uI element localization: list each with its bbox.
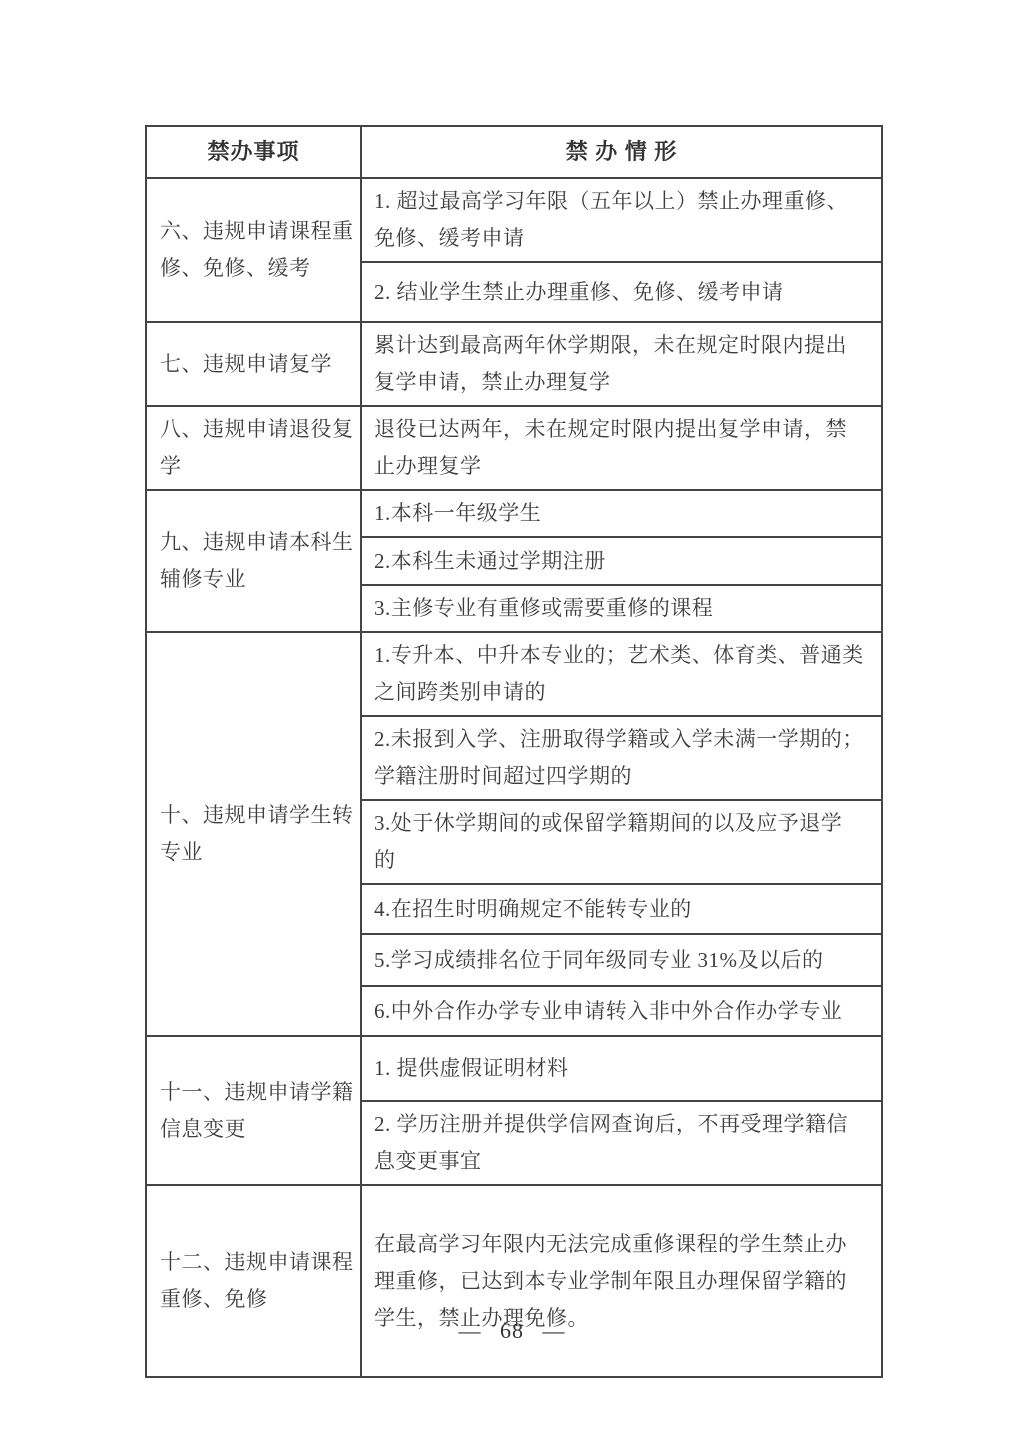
case-cell: 累计达到最高两年休学期限，未在规定时限内提出 复学申请，禁止办理复学 xyxy=(361,322,882,406)
item-cell: 六、违规申请课程重 修、免修、缓考 xyxy=(146,178,361,322)
case-cell: 3.主修专业有重修或需要重修的课程 xyxy=(361,585,882,632)
case-cell: 2. 学历注册并提供学信网查询后，不再受理学籍信 息变更事宜 xyxy=(361,1101,882,1185)
case-cell: 2. 结业学生禁止办理重修、免修、缓考申请 xyxy=(361,262,882,322)
case-cell: 退役已达两年，未在规定时限内提出复学申请，禁 止办理复学 xyxy=(361,406,882,490)
table-row: 十、违规申请学生转 专业 1.专升本、中升本专业的；艺术类、体育类、普通类 之间… xyxy=(146,632,882,716)
table-row: 六、违规申请课程重 修、免修、缓考 1. 超过最高学习年限（五年以上）禁止办理重… xyxy=(146,178,882,262)
case-cell: 2.本科生未通过学期注册 xyxy=(361,537,882,585)
item-cell: 十二、违规申请课程 重修、免修 xyxy=(146,1185,361,1377)
case-cell: 6.中外合作办学专业申请转入非中外合作办学专业 xyxy=(361,986,882,1036)
case-cell: 2.未报到入学、注册取得学籍或入学未满一学期的； 学籍注册时间超过四学期的 xyxy=(361,716,882,800)
table-header-row: 禁办事项 禁 办 情 形 xyxy=(146,126,882,178)
item-cell: 十一、违规申请学籍 信息变更 xyxy=(146,1036,361,1185)
item-cell: 七、违规申请复学 xyxy=(146,322,361,406)
column-header-case: 禁 办 情 形 xyxy=(361,126,882,178)
case-cell: 1. 提供虚假证明材料 xyxy=(361,1036,882,1101)
case-cell: 在最高学习年限内无法完成重修课程的学生禁止办 理重修，已达到本专业学制年限且办理… xyxy=(361,1185,882,1377)
table-row: 七、违规申请复学 累计达到最高两年休学期限，未在规定时限内提出 复学申请，禁止办… xyxy=(146,322,882,406)
page-number: — 68 — xyxy=(0,1318,1024,1344)
table-row: 十一、违规申请学籍 信息变更 1. 提供虚假证明材料 xyxy=(146,1036,882,1101)
case-cell: 5.学习成绩排名位于同年级同专业 31%及以后的 xyxy=(361,934,882,986)
case-cell: 1.本科一年级学生 xyxy=(361,490,882,537)
item-cell: 八、违规申请退役复 学 xyxy=(146,406,361,490)
table-row: 八、违规申请退役复 学 退役已达两年，未在规定时限内提出复学申请，禁 止办理复学 xyxy=(146,406,882,490)
case-cell: 1.专升本、中升本专业的；艺术类、体育类、普通类 之间跨类别申请的 xyxy=(361,632,882,716)
item-cell: 十、违规申请学生转 专业 xyxy=(146,632,361,1036)
table-row: 九、违规申请本科生 辅修专业 1.本科一年级学生 xyxy=(146,490,882,537)
prohibition-table: 禁办事项 禁 办 情 形 六、违规申请课程重 修、免修、缓考 1. 超过最高学习… xyxy=(145,125,883,1378)
case-cell: 4.在招生时明确规定不能转专业的 xyxy=(361,884,882,934)
case-cell: 1. 超过最高学习年限（五年以上）禁止办理重修、 免修、缓考申请 xyxy=(361,178,882,262)
column-header-item: 禁办事项 xyxy=(146,126,361,178)
document-page: 禁办事项 禁 办 情 形 六、违规申请课程重 修、免修、缓考 1. 超过最高学习… xyxy=(0,0,1024,1448)
case-cell: 3.处于休学期间的或保留学籍期间的以及应予退学 的 xyxy=(361,800,882,884)
item-cell: 九、违规申请本科生 辅修专业 xyxy=(146,490,361,632)
table-row: 十二、违规申请课程 重修、免修 在最高学习年限内无法完成重修课程的学生禁止办 理… xyxy=(146,1185,882,1377)
